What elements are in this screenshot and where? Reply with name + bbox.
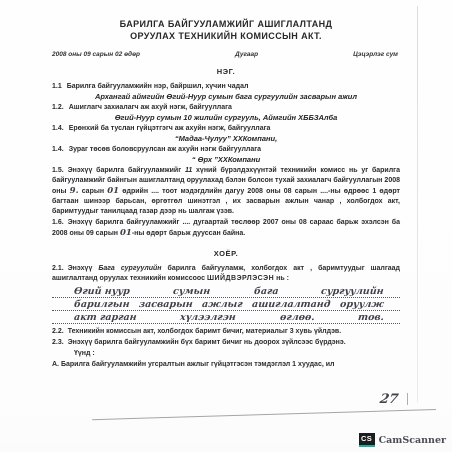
title-line-1: БАРИЛГА БАЙГУУЛАМЖИЙГ АШИГЛАЛТАНД	[52, 18, 400, 30]
item-label: Ашиглагч захиалагч аж ахуй нэгж, байгуул…	[69, 104, 232, 111]
document-date: 2008 оны 09 сарын 02 өдөр	[52, 51, 140, 58]
handwritten-page-number: 27	[379, 392, 400, 407]
item-number: 2.3.	[52, 339, 64, 346]
handwritten-day: 01	[107, 186, 119, 196]
item-1-4b-label: 1.4.Зураг төсөв боловсруулсан аж ахуйн н…	[52, 145, 400, 155]
handwritten-day: 01	[120, 228, 132, 238]
item-1-2-label: 1.2.Ашиглагч захиалагч аж ахуй нэгж, бай…	[52, 103, 400, 113]
decision-word: ШИЙДВЭРЛЭСЭН	[207, 275, 274, 282]
handwritten-line-3: акт гарган хүлээлгэн өглөө. тов.	[52, 311, 400, 324]
item-number: 1.2.	[52, 104, 64, 111]
item-1-1-label: 1.1Барилга байгууламжийн нэр, байршил, х…	[52, 82, 400, 92]
handwritten-word: акт гарган	[73, 313, 137, 323]
paragraph-text: сарын	[79, 188, 108, 195]
item-1-4b-value: “ Өрх ”ХХКомпани	[52, 155, 400, 165]
handwritten-word: ашиглалтанд	[252, 300, 331, 310]
paper-bottom-edge	[92, 409, 436, 420]
item-number: 2.2.	[52, 328, 64, 335]
paragraph-text: Техникийн комиссын акт, холбогдох баримт…	[68, 328, 342, 335]
paragraph-2-3: 2.3.Энэхүү барилга байгууламжийн бүх бар…	[52, 338, 400, 348]
handwritten-word: оруулж	[340, 300, 385, 310]
item-1-4a-label: 1.4.Ерөнхий ба туслан гүйцэтгэгч аж ахуй…	[52, 124, 400, 134]
item-label: Барилга байгууламжийн нэр, байршил, хүчи…	[67, 83, 249, 90]
item-1-1-value: Архангай аймгийн Өгий-Нуур сумын бага су…	[52, 92, 400, 102]
paragraph-text: Энэхүү барилга байгууламжийг	[68, 167, 185, 174]
document-number-label: Дугаар	[235, 51, 258, 58]
item-label: Зураг төсөв боловсруулсан аж ахуйн нэгж …	[69, 146, 261, 153]
handwritten-word: бага	[253, 287, 279, 297]
school-name: Бага сургуулийн	[98, 265, 161, 272]
handwritten-word: сургуулийн	[321, 287, 385, 297]
handwritten-word: хүлээлгэн	[180, 313, 237, 323]
handwritten-month: 9.	[70, 186, 79, 196]
item-1-2-value: Өгий-Нуур сумын 10 жилийн сургууль, Аймг…	[52, 113, 400, 123]
handwritten-word: барилгын	[73, 300, 130, 310]
handwritten-word: өглөө.	[279, 313, 315, 323]
item-number: 1.5.	[52, 167, 64, 174]
item-number: 1.4.	[52, 125, 64, 132]
camscanner-label: CamScanner	[379, 435, 446, 446]
scanned-page: БАРИЛГА БАЙГУУЛАМЖИЙГ АШИГЛАЛТАНД ОРУУЛА…	[0, 0, 452, 452]
handwritten-word: Өгий нуур	[73, 287, 130, 297]
item-number: 1.1	[52, 83, 62, 90]
handwritten-word: ажлыг	[202, 300, 244, 310]
camscanner-watermark: CS CamScanner	[359, 433, 446, 447]
item-number: 1.4.	[52, 146, 64, 153]
title-line-2: ОРУУЛАХ ТЕХНИКИЙН КОМИССЫН АКТ.	[52, 30, 400, 42]
paragraph-text: Энэхүү	[68, 265, 99, 272]
camscanner-icon: CS	[359, 433, 375, 447]
point-a-text: А. Барилга байгууламжийн угсралтын ажлыг…	[52, 360, 400, 370]
paper-corner-tick	[407, 393, 408, 405]
item-1-4a-value: “Мадаа-Чулуу” ХХКомпани,	[52, 134, 400, 144]
document-body: БАРИЛГА БАЙГУУЛАМЖИЙГ АШИГЛАЛТАНД ОРУУЛА…	[52, 18, 400, 370]
paragraph-2-2: 2.2.Техникийн комиссын акт, холбогдох ба…	[52, 327, 400, 337]
handwritten-word: сумын	[173, 287, 211, 297]
paragraph-1-6: 1.6.Энэхүү барилга байгууламжийг .... ду…	[52, 218, 400, 239]
item-number: 1.6.	[52, 219, 64, 226]
uund-label: Үүнд :	[52, 349, 400, 359]
section-two-heading: ХОЁР.	[52, 249, 400, 258]
document-location: Цэцэрлэг сум	[353, 51, 398, 58]
paragraph-2-1: 2.1.Энэхүү Бага сургуулийн барилга байгу…	[52, 264, 400, 284]
document-title: БАРИЛГА БАЙГУУЛАМЖИЙГ АШИГЛАЛТАНД ОРУУЛА…	[52, 18, 400, 42]
handwritten-line-2: барилгын засварын ажлыг ашиглалтанд оруу…	[52, 298, 400, 311]
paragraph-text: нь :	[274, 275, 289, 282]
item-number: 2.1.	[52, 265, 64, 272]
handwritten-word: тов.	[358, 313, 385, 323]
handwritten-line-1: Өгий нуур сумын бага сургуулийн	[52, 285, 400, 298]
handwritten-word: засварын	[139, 300, 194, 310]
paragraph-1-5: 1.5.Энэхүү барилга байгууламжийг 11 хүни…	[52, 166, 400, 217]
section-one-heading: НЭГ.	[52, 67, 400, 76]
paper-right-edge	[417, 6, 418, 402]
paragraph-text: Энэхүү барилга байгууламжийн бүх баримт …	[68, 339, 346, 346]
paragraph-text: -ны өдөрт барьж дууссан байна.	[132, 230, 245, 237]
item-label: Ерөнхий ба туслан гүйцэтгэгч аж ахуйн нэ…	[69, 125, 271, 132]
meta-row: 2008 оны 09 сарын 02 өдөр Дугаар Цэцэрлэ…	[52, 51, 398, 58]
